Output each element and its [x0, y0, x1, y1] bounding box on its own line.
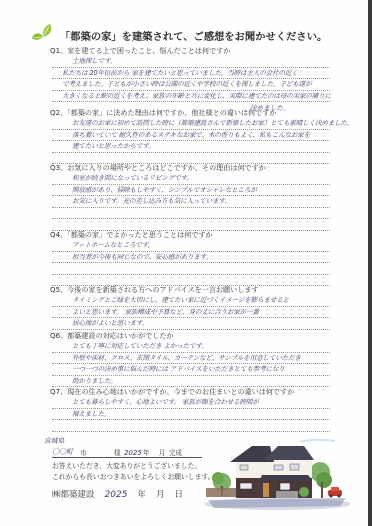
answer-line: 増えました。	[52, 409, 330, 421]
header: 「都築の家」を建築されて、ご感想をお聞かせください。	[30, 24, 327, 46]
answer-line: 落ち着いていて 耐久性のあるステキなお家で、木の香りもよく、私もこんなお家を	[52, 130, 330, 142]
answer-line: よいと思います。 家族構成や予算など、身の丈に合うお家が一番	[52, 307, 330, 319]
q1-continuation: 決めました。	[250, 102, 290, 112]
answer-line: とても丁寧に対応していただき よかったです。	[52, 341, 330, 353]
answer-line: お気に入りです。光の差し込み方も気に入っています。	[52, 196, 330, 208]
company-name: ㈱都築建設	[52, 488, 95, 500]
answer-line: タイミングとご縁を大切にし、建てたい家に近づくイメージを膨らませると	[52, 295, 330, 307]
month-label: 月	[159, 447, 169, 457]
page-edge	[368, 0, 372, 526]
answer-line: 一つ一つの決め事に悩んだ時には アドバイスをいただきとても参考になり	[52, 364, 330, 376]
question-block-q1: Q1、家を建てる上で困ったこと、悩んだことは何ですか 土地探しです。 私たちは …	[52, 45, 330, 102]
answer-line: 居心地がよいと思います。	[52, 318, 330, 330]
question-label: Q4、「都築の家」でよかったと思うことは何ですか	[50, 229, 330, 240]
question-label: Q7、現在の住み心地はいかがですか、今までのお住まいとの違いは何ですか	[50, 386, 330, 397]
answer-line: アットホームなところです。	[52, 240, 330, 252]
house-illustration	[200, 438, 350, 512]
question-label: Q1、家を建てる上で困ったこと、悩んだことは何ですか	[50, 45, 330, 56]
sama-label: 様	[114, 447, 124, 457]
question-label: Q3、お気に入りの場所やところはどこですか、その理由は何ですか	[50, 162, 330, 173]
answer-line: お友達のお家に初めて訪問した時に（都築建設さんで新築したお家）とても素晴しく決め…	[52, 118, 330, 130]
questionnaire-page: 「都築の家」を建築されて、ご感想をお聞かせください。 Q1、家を建てる上で困った…	[0, 0, 368, 526]
year-label: 年	[143, 447, 159, 457]
page-title: 「都築の家」を建築されて、ご感想をお聞かせください。	[60, 28, 327, 43]
date-year: 2025	[105, 490, 128, 500]
answer-line: とても暮らしやすく、心地よいです。 家族が顔を合わせる時間が	[52, 397, 330, 409]
answer-line: 私たちは 20年位前から 家を建てたいと思っていました。当時は主人の会社の近く	[52, 68, 330, 80]
company-date-line: ㈱都築建設 2025 年 月 日	[52, 488, 212, 500]
city-label: 市	[80, 447, 114, 457]
answer-line: 建てたいと思ったからです。	[52, 141, 330, 153]
answer-line: 外壁や床材、クロス、玄関タイル、カーテンなど、サンプルを用意していただき	[52, 353, 330, 365]
answer-line: 大きくなると駅の近くを考え、家族の年齢と共に変化し、実際に建てたのは母の実家の隣…	[52, 91, 330, 103]
question-block-q7: Q7、現在の住み心地はいかがですか、今までのお住まいとの違いは何ですか とても暮…	[52, 386, 330, 432]
answer-line: 土地探しです。	[52, 56, 330, 68]
answer-line: 担当者が今後も同じなので、安心感があります。	[52, 252, 330, 264]
question-label: Q5、今後の家を新築される方へのアドバイスを一言お願いします	[50, 284, 330, 295]
question-block-q2: Q2、「都築の家」に決めた理由は何ですか、他社様との違いは何ですか お友達のお家…	[52, 107, 330, 164]
date-month-label: 月	[156, 488, 165, 500]
leaf-icon	[30, 24, 56, 46]
question-label: Q6、都築建設の対応はいかがでしたか	[50, 330, 330, 341]
question-block-q3: Q3、お気に入りの場所やところはどこですか、その理由は何ですか 和室が続き間にな…	[52, 162, 330, 231]
answer-line: 開放感があり、掃除もしやすく、シンプルでオシャレなところが	[52, 185, 330, 197]
completion-year: 2025	[124, 449, 142, 457]
customer-signature-line: 〇〇町 市 様 2025 年 月 完成	[52, 445, 202, 458]
date-day-label: 日	[174, 488, 183, 500]
footer: 宮城県 〇〇町 市 様 2025 年 月 完成 お答えいただき、大変ありがとうご…	[52, 437, 212, 500]
answer-line	[52, 263, 330, 275]
question-block-q4: Q4、「都築の家」でよかったと思うことは何ですか アットホームなところです。 担…	[52, 229, 330, 286]
completed-label: 完成	[169, 447, 182, 457]
thanks-line-2: これからも長いおつきあいをよろしくお願いします。	[52, 472, 212, 483]
answer-line	[52, 208, 330, 220]
question-block-q5: Q5、今後の家を新築される方へのアドバイスを一言お願いします タイミングとご縁を…	[52, 284, 330, 330]
question-block-q6: Q6、都築建設の対応はいかがでしたか とても丁寧に対応していただき よかったです…	[52, 330, 330, 387]
date-year-label: 年	[137, 488, 146, 500]
answer-line	[52, 420, 330, 432]
prefecture-handwritten: 宮城県	[44, 437, 212, 445]
answer-line: 和室が続き間になっているリビングです。	[52, 173, 330, 185]
town-handwritten: 〇〇町	[52, 447, 80, 457]
answer-line: で考えました。子どもが小さい時は公園の近くや学校の近くを探しました。子ども達が	[52, 79, 330, 91]
thanks-line-1: お答えいただき、大変ありがとうございました。	[52, 461, 212, 472]
